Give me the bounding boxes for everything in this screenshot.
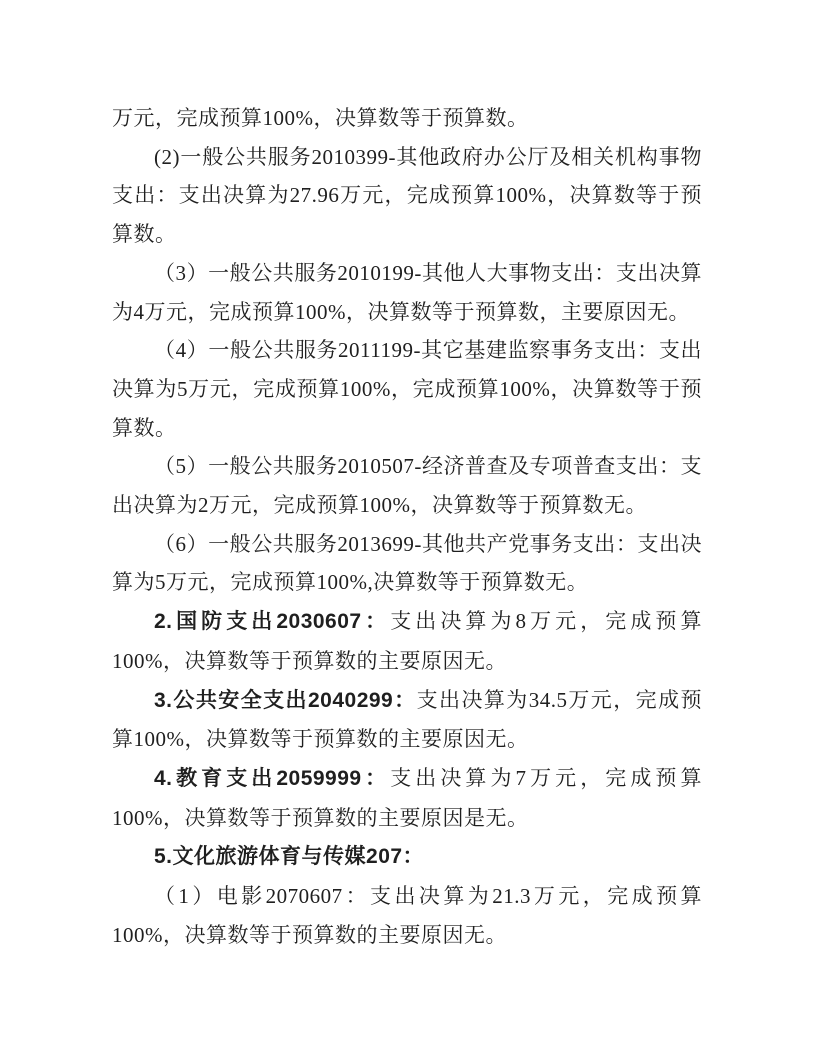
paragraph-defense-spending: 2.国防支出2030607：支出决算为8万元，完成预算100%，决算数等于预算数… <box>112 602 702 680</box>
paragraph-movie-spending: （1）电影2070607：支出决算为21.3万元，完成预算100%，决算数等于预… <box>112 877 702 954</box>
paragraph-item-3: （3）一般公共服务2010199-其他人大事物支出：支出决算为4万元，完成预算1… <box>112 254 702 331</box>
paragraph-culture-tourism-heading: 5.文化旅游体育与传媒207： <box>112 837 702 877</box>
paragraph-item-2: (2)一般公共服务2010399-其他政府办公厅及相关机构事物支出：支出决算为2… <box>112 138 702 254</box>
paragraph-text: (2)一般公共服务2010399-其他政府办公厅及相关机构事物支出：支出决算为2… <box>112 145 702 246</box>
bold-heading-culture-tourism: 5.文化旅游体育与传媒207： <box>154 845 424 868</box>
paragraph-public-safety-spending: 3.公共安全支出2040299：支出决算为34.5万元，完成预算100%，决算数… <box>112 681 702 759</box>
paragraph-text: （5）一般公共服务2010507-经济普查及专项普查支出：支出决算为2万元，完成… <box>112 454 702 517</box>
bold-heading-public-safety: 3.公共安全支出2040299： <box>154 689 417 712</box>
paragraph-text: 万元，完成预算100%，决算数等于预算数。 <box>112 106 529 130</box>
paragraph-text: （4）一般公共服务2011199-其它基建监察事务支出：支出决算为5万元，完成预… <box>112 338 702 439</box>
paragraph-education-spending: 4.教育支出2059999：支出决算为7万元，完成预算100%，决算数等于预算数… <box>112 759 702 837</box>
paragraph-text: （3）一般公共服务2010199-其他人大事物支出：支出决算为4万元，完成预算1… <box>112 261 702 324</box>
paragraph-item-4: （4）一般公共服务2011199-其它基建监察事务支出：支出决算为5万元，完成预… <box>112 331 702 447</box>
paragraph-item-6: （6）一般公共服务2013699-其他共产党事务支出：支出决算为5万元，完成预算… <box>112 525 702 602</box>
paragraph-text: （1）电影2070607：支出决算为21.3万元，完成预算100%，决算数等于预… <box>112 884 702 947</box>
bold-heading-education: 4.教育支出2059999： <box>154 767 390 790</box>
paragraph-continuation: 万元，完成预算100%，决算数等于预算数。 <box>112 99 702 138</box>
paragraph-item-5: （5）一般公共服务2010507-经济普查及专项普查支出：支出决算为2万元，完成… <box>112 447 702 524</box>
document-page: 万元，完成预算100%，决算数等于预算数。 (2)一般公共服务2010399-其… <box>0 0 815 1055</box>
bold-heading-defense: 2.国防支出2030607： <box>154 610 390 633</box>
paragraph-text: （6）一般公共服务2013699-其他共产党事务支出：支出决算为5万元，完成预算… <box>112 532 702 595</box>
document-body: 万元，完成预算100%，决算数等于预算数。 (2)一般公共服务2010399-其… <box>112 99 702 954</box>
